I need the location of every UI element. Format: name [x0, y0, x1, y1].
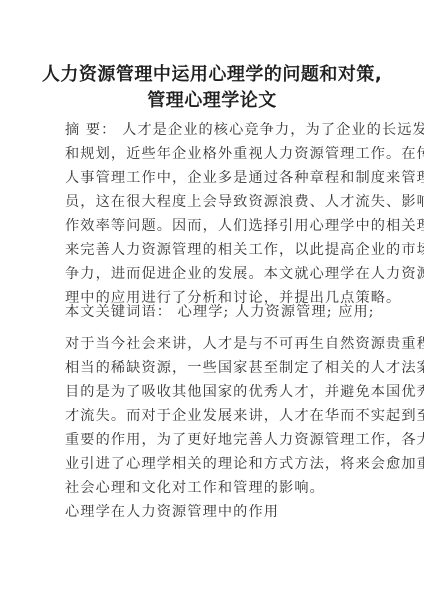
body-line: 才流失。而对于企业发展来讲，人才在华而不实起到至关	[65, 404, 355, 428]
body-line: 对于当今社会来讲，人才是与不可再生自然资源贵重程度	[65, 332, 355, 356]
document-title-line-2: 管理心理学论文	[0, 88, 424, 114]
abstract-paragraph: 摘 要： 人才是企业的核心竞争力，为了企业的长远发展 和规划，近些年企业格外重视…	[65, 118, 355, 310]
keywords-line: 本文关键词语： 心理学; 人力资源管理; 应用;	[65, 300, 355, 324]
abstract-line: 和规划，近些年企业格外重视人力资源管理工作。在传统	[65, 142, 355, 166]
body-line: 重要的作用，为了更好地完善人力资源管理工作，各大企	[65, 428, 355, 452]
section-heading: 心理学在人力资源管理中的作用	[65, 500, 355, 524]
body-paragraph: 对于当今社会来讲，人才是与不可再生自然资源贵重程度 相当的稀缺资源，一些国家甚至…	[65, 332, 355, 500]
abstract-line: 作效率等问题。因而，人们选择引用心理学中的相关理论	[65, 214, 355, 238]
document-page: 人力资源管理中运用心理学的问题和对策, 管理心理学论文 摘 要： 人才是企业的核…	[0, 0, 424, 600]
document-title-line-1: 人力资源管理中运用心理学的问题和对策,	[0, 62, 424, 88]
keywords-paragraph: 本文关键词语： 心理学; 人力资源管理; 应用;	[65, 300, 355, 324]
body-line: 社会心理和文化对工作和管理的影响。	[65, 476, 355, 500]
section-heading-text: 心理学在人力资源管理中的作用	[65, 500, 355, 524]
abstract-line: 人事管理工作中，企业多是通过各种章程和制度来管理人	[65, 166, 355, 190]
abstract-line: 来完善人力资源管理的相关工作，以此提高企业的市场竞	[65, 238, 355, 262]
body-line: 目的是为了吸收其他国家的优秀人才，并避免本国优秀人	[65, 380, 355, 404]
abstract-line: 员，这在很大程度上会导致资源浪费、人才流失、影响工	[65, 190, 355, 214]
abstract-line: 争力，进而促进企业的发展。本文就心理学在人力资源管	[65, 262, 355, 286]
body-line: 业引进了心理学相关的理论和方式方法，将来会愈加重视	[65, 452, 355, 476]
body-line: 相当的稀缺资源，一些国家甚至制定了相关的人才法案，	[65, 356, 355, 380]
abstract-line: 摘 要： 人才是企业的核心竞争力，为了企业的长远发展	[65, 118, 355, 142]
